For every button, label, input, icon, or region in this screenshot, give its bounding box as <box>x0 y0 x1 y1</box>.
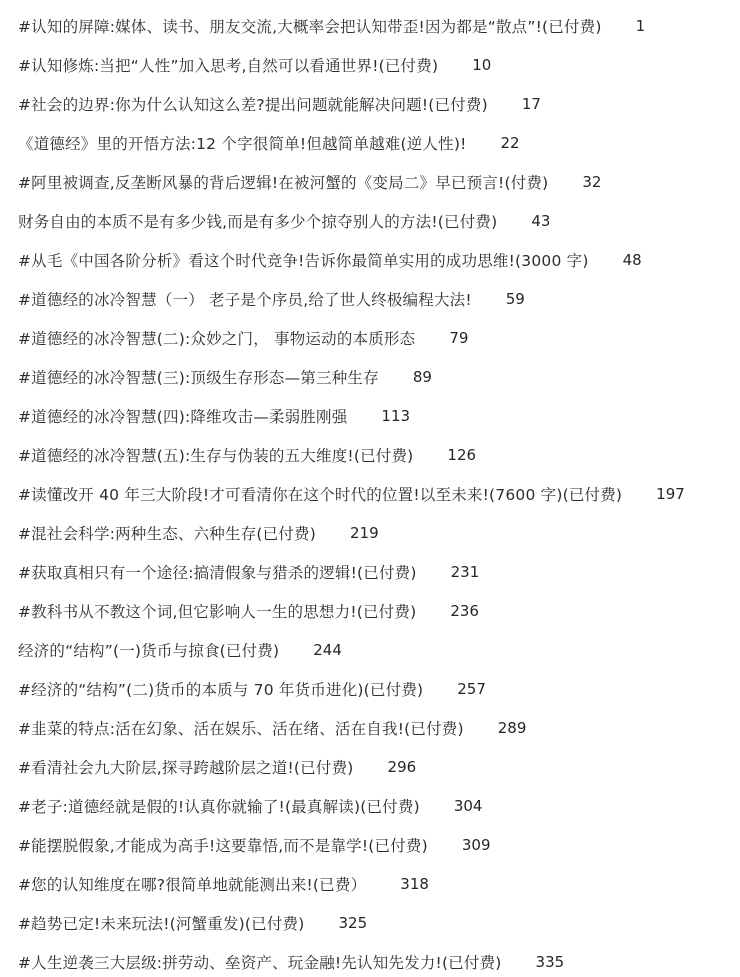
toc-entry: #道德经的冰冷智慧(二):众妙之门， 事物运动的本质形态79 <box>18 318 726 357</box>
toc-entry-title: #从毛《中国各阶分析》看这个时代竞争!告诉你最简单实用的成功思维!(3000 字… <box>18 249 589 271</box>
toc-entry-title: #韭菜的特点:活在幻象、活在娱乐、活在绪、活在自我!(已付费) <box>18 717 464 739</box>
toc-entry: #阿里被调查,反垄断风暴的背后逻辑!在被河蟹的《变局二》早已预言!(付费)32 <box>18 162 726 201</box>
toc-entry-page-number: 236 <box>450 602 479 620</box>
toc-entry-title: #道德经的冰冷智慧(四):降维攻击—柔弱胜刚强 <box>18 405 347 427</box>
toc-entry-page-number: 257 <box>457 680 486 698</box>
toc-entry: #道德经的冰冷智慧(四):降维攻击—柔弱胜刚强113 <box>18 396 726 435</box>
toc-entry-title: #道德经的冰冷智慧(二):众妙之门， 事物运动的本质形态 <box>18 327 415 349</box>
toc-entry: #能摆脱假象,才能成为高手!这要靠悟,而不是靠学!(已付费)309 <box>18 825 726 864</box>
toc-entry-title: #老子:道德经就是假的!认真你就输了!(最真解读)(已付费) <box>18 795 420 817</box>
toc-entry: 经济的“结构”(一)货币与掠食(已付费)244 <box>18 630 726 669</box>
table-of-contents: #认知的屏障:媒体、读书、朋友交流,大概率会把认知带歪!因为都是“散点”!(已付… <box>18 6 726 977</box>
toc-entry-page-number: 32 <box>582 173 601 191</box>
toc-entry: 财务自由的本质不是有多少钱,而是有多少个掠夺别人的方法!(已付费)43 <box>18 201 726 240</box>
toc-entry-title: #社会的边界:你为什么认知这么差?提出问题就能解决问题!(已付费) <box>18 93 488 115</box>
toc-entry-title: #看清社会九大阶层,探寻跨越阶层之道!(已付费) <box>18 756 354 778</box>
toc-entry: #人生逆袭三大层级:拼劳动、垒资产、玩金融!先认知先发力!(已付费)335 <box>18 942 726 977</box>
toc-entry-page-number: 309 <box>462 836 491 854</box>
toc-entry: #认知的屏障:媒体、读书、朋友交流,大概率会把认知带歪!因为都是“散点”!(已付… <box>18 6 726 45</box>
toc-entry-page-number: 126 <box>447 446 476 464</box>
toc-entry-title: 《道德经》里的开悟方法:12 个字很简单!但越简单越难(逆人性)! <box>18 132 467 154</box>
toc-entry-page-number: 318 <box>400 875 429 893</box>
toc-entry: #认知修炼:当把“人性”加入思考,自然可以看通世界!(已付费)10 <box>18 45 726 84</box>
toc-entry: #经济的“结构”(二)货币的本质与 70 年货币进化)(已付费)257 <box>18 669 726 708</box>
toc-entry: #教科书从不教这个词,但它影响人一生的思想力!(已付费)236 <box>18 591 726 630</box>
toc-entry-page-number: 304 <box>454 797 483 815</box>
toc-entry-page-number: 10 <box>472 56 491 74</box>
toc-entry: #道德经的冰冷智慧(五):生存与伪装的五大维度!(已付费)126 <box>18 435 726 474</box>
toc-entry-page-number: 244 <box>313 641 342 659</box>
toc-entry-page-number: 335 <box>536 953 565 971</box>
toc-entry-page-number: 59 <box>506 290 525 308</box>
toc-entry: #道德经的冰冷智慧(三):顶级生存形态—第三种生存89 <box>18 357 726 396</box>
toc-entry-page-number: 197 <box>656 485 685 503</box>
toc-entry-title: #道德经的冰冷智慧（一） 老子是个序员,给了世人终极编程大法! <box>18 288 472 310</box>
toc-entry: #获取真相只有一个途径:搞清假象与猎杀的逻辑!(已付费)231 <box>18 552 726 591</box>
toc-entry-title: #趋势已定!未来玩法!(河蟹重发)(已付费) <box>18 912 305 934</box>
toc-entry: #混社会科学:两种生态、六种生存(已付费)219 <box>18 513 726 552</box>
toc-entry: 《道德经》里的开悟方法:12 个字很简单!但越简单越难(逆人性)!22 <box>18 123 726 162</box>
toc-entry-title: #道德经的冰冷智慧(五):生存与伪装的五大维度!(已付费) <box>18 444 413 466</box>
toc-entry-title: #阿里被调查,反垄断风暴的背后逻辑!在被河蟹的《变局二》早已预言!(付费) <box>18 171 548 193</box>
toc-entry: #看清社会九大阶层,探寻跨越阶层之道!(已付费)296 <box>18 747 726 786</box>
toc-entry-title: #认知修炼:当把“人性”加入思考,自然可以看通世界!(已付费) <box>18 54 438 76</box>
toc-entry-page-number: 219 <box>350 524 379 542</box>
document-page: #认知的屏障:媒体、读书、朋友交流,大概率会把认知带歪!因为都是“散点”!(已付… <box>0 0 740 977</box>
toc-entry: #老子:道德经就是假的!认真你就输了!(最真解读)(已付费)304 <box>18 786 726 825</box>
toc-entry-page-number: 43 <box>531 212 550 230</box>
toc-entry-page-number: 325 <box>339 914 368 932</box>
toc-entry: #韭菜的特点:活在幻象、活在娱乐、活在绪、活在自我!(已付费)289 <box>18 708 726 747</box>
toc-entry-title: #获取真相只有一个途径:搞清假象与猎杀的逻辑!(已付费) <box>18 561 417 583</box>
toc-entry-title: #混社会科学:两种生态、六种生存(已付费) <box>18 522 316 544</box>
toc-entry: #道德经的冰冷智慧（一） 老子是个序员,给了世人终极编程大法!59 <box>18 279 726 318</box>
toc-entry-title: #您的认知维度在哪?很简单地就能测出来!(已费） <box>18 873 366 895</box>
toc-entry-title: 经济的“结构”(一)货币与掠食(已付费) <box>18 639 279 661</box>
toc-entry-title: #认知的屏障:媒体、读书、朋友交流,大概率会把认知带歪!因为都是“散点”!(已付… <box>18 15 602 37</box>
toc-entry: #从毛《中国各阶分析》看这个时代竞争!告诉你最简单实用的成功思维!(3000 字… <box>18 240 726 279</box>
toc-entry-page-number: 89 <box>413 368 432 386</box>
toc-entry-title: #读懂改开 40 年三大阶段!才可看清你在这个时代的位置!以至未来!(7600 … <box>18 483 622 505</box>
toc-entry: #读懂改开 40 年三大阶段!才可看清你在这个时代的位置!以至未来!(7600 … <box>18 474 726 513</box>
toc-entry-page-number: 231 <box>451 563 480 581</box>
toc-entry-page-number: 17 <box>522 95 541 113</box>
toc-entry-title: #道德经的冰冷智慧(三):顶级生存形态—第三种生存 <box>18 366 379 388</box>
toc-entry: #社会的边界:你为什么认知这么差?提出问题就能解决问题!(已付费)17 <box>18 84 726 123</box>
toc-entry: #趋势已定!未来玩法!(河蟹重发)(已付费)325 <box>18 903 726 942</box>
toc-entry-title: #人生逆袭三大层级:拼劳动、垒资产、玩金融!先认知先发力!(已付费) <box>18 951 502 973</box>
toc-entry-title: 财务自由的本质不是有多少钱,而是有多少个掠夺别人的方法!(已付费) <box>18 210 497 232</box>
toc-entry-page-number: 22 <box>501 134 520 152</box>
toc-entry-page-number: 113 <box>381 407 410 425</box>
toc-entry-title: #经济的“结构”(二)货币的本质与 70 年货币进化)(已付费) <box>18 678 423 700</box>
toc-entry-page-number: 79 <box>449 329 468 347</box>
toc-entry-title: #能摆脱假象,才能成为高手!这要靠悟,而不是靠学!(已付费) <box>18 834 428 856</box>
toc-entry-page-number: 1 <box>636 17 646 35</box>
toc-entry-page-number: 289 <box>498 719 527 737</box>
toc-entry: #您的认知维度在哪?很简单地就能测出来!(已费）318 <box>18 864 726 903</box>
toc-entry-page-number: 48 <box>623 251 642 269</box>
toc-entry-title: #教科书从不教这个词,但它影响人一生的思想力!(已付费) <box>18 600 416 622</box>
toc-entry-page-number: 296 <box>388 758 417 776</box>
